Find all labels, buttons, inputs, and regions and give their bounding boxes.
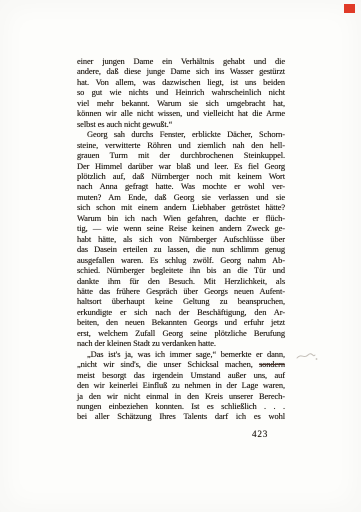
text-line: sich schon mit einem andern Liebhaber ge…: [77, 202, 285, 212]
text-line: Der Himmel darüber war blaß und leer. Es…: [77, 161, 285, 171]
text-line: das Dasein erteilen zu lassen, die nun s…: [77, 244, 285, 254]
text-line: Georg sah durchs Fenster, erblickte Däch…: [77, 129, 285, 139]
text-line: „Das ist's ja, was ich immer sage,“ beme…: [77, 349, 285, 359]
text-line: steine, verwitterte Röhren und ziemlich …: [77, 140, 285, 150]
text-line: meist besorgt das irgendein Umstand auße…: [77, 370, 285, 380]
text-line: schied. Nürnberger begleitete ihn bis an…: [77, 265, 285, 275]
text-line: ja den wir nicht einmal in den Kreis uns…: [77, 391, 285, 401]
text-line: erkundigte er sich nach der Beschäftigun…: [77, 307, 285, 317]
text-line: andere, daß diese junge Dame sich ins Wa…: [77, 66, 285, 76]
text-line: nach der kleinen Stadt zu verdanken hatt…: [77, 338, 285, 348]
red-bookmark-tab: [344, 4, 355, 13]
text-line: Warum bin ich nach Wien gefahren, dachte…: [77, 213, 285, 223]
text-line: bei aller Schätzung Ihres Talents darf i…: [77, 411, 285, 421]
struck-word: sondern: [259, 359, 285, 369]
text-line: grauen Turm mit der durchbrochenen Stein…: [77, 150, 285, 160]
text-line: viel mehr bekannt. Warum sie sich umgebr…: [77, 98, 285, 108]
text-line: den wir keinerlei Einfluß zu nehmen in d…: [77, 380, 285, 390]
text-line: können wir alle nicht wissen, und vielle…: [77, 108, 285, 118]
text-line: erst, welchem Zufall Georg seine plötzli…: [77, 328, 285, 338]
text-line: plötzlich auf, daß Nürnberger noch mit k…: [77, 171, 285, 181]
text-line: „nicht wir sind's, die unser Schicksal m…: [77, 359, 285, 369]
text-line: nungen einbeziehen konnten. Ist es schli…: [77, 401, 285, 411]
text-line: muten? Am Ende, daß Georg sie verlassen …: [77, 192, 285, 202]
text-line: tig, — wie wenn seine Reise keinen ander…: [77, 223, 285, 233]
text-line: hat. Von allem, was dazwischen liegt, is…: [77, 77, 285, 87]
text-line: haltsort überhaupt keine Geltung zu bean…: [77, 296, 285, 306]
page-number: 423: [252, 429, 268, 439]
text-line: so gut wie nichts und Heinrich wahrschei…: [77, 87, 285, 97]
text-line: nach Anna gefragt hatte. Was mochte er w…: [77, 181, 285, 191]
text-line: habt hätte, als sich von Nürnberger Aufs…: [77, 234, 285, 244]
line-text: „nicht wir sind's, die unser Schicksal m…: [77, 359, 259, 369]
text-line: beiten, den neuen Bekannten Georgs und e…: [77, 317, 285, 327]
text-line: hätte das frühere Gespräch über Georgs n…: [77, 286, 285, 296]
text-line: einer jungen Dame ein Verhältnis gehabt …: [77, 56, 285, 66]
pencil-margin-mark: [295, 350, 319, 364]
scanned-book-page: einer jungen Dame ein Verhältnis gehabt …: [0, 0, 361, 512]
text-line: ausgefallen waren. Es schlug zwölf. Geor…: [77, 255, 285, 265]
text-line: dankte ihm für den Besuch. Mit Herzlichk…: [77, 276, 285, 286]
text-line: selbst es auch nicht gewußt.“: [77, 119, 285, 129]
page-text-block: einer jungen Dame ein Verhältnis gehabt …: [77, 56, 285, 422]
